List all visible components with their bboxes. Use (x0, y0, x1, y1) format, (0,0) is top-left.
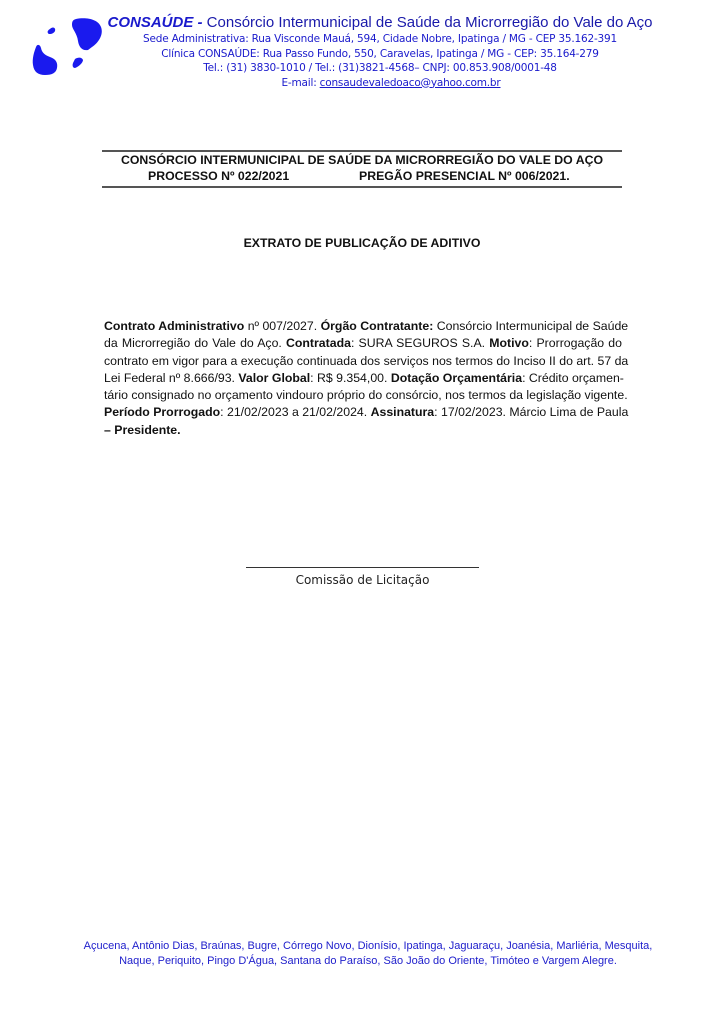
contratada-value: : SURA SEGUROS S.A. (351, 336, 489, 350)
valor-label: Valor Global (238, 371, 310, 385)
org-name-heading: CONSÓRCIO INTERMUNICIPAL DE SAÚDE DA MIC… (100, 153, 624, 169)
signature-label: Comissão de Licitação (246, 573, 479, 587)
heading-bottom-rule (102, 186, 622, 188)
member-cities-footer: Açucena, Antônio Dias, Braúnas, Bugre, C… (60, 939, 676, 968)
letterhead-title: CONSAÚDE - Consórcio Intermunicipal de S… (100, 14, 660, 32)
body-line: Contrato Administrativo nº 007/2027. Órg… (104, 318, 622, 335)
body-line: – Presidente. (104, 422, 622, 439)
cargo: Presidente. (114, 423, 180, 437)
extract-body: Contrato Administrativo nº 007/2027. Órg… (104, 318, 622, 439)
motivo-value-law: Lei Federal nº 8.666/93. (104, 371, 238, 385)
org-short-name: CONSAÚDE - (108, 14, 203, 31)
contratada-label: Contratada (286, 336, 351, 350)
clinic-line: Clínica CONSAÚDE: Rua Passo Fundo, 550, … (100, 47, 660, 62)
address-line: Sede Administrativa: Rua Visconde Mauá, … (100, 32, 660, 47)
dotacao-label: Dotação Orçamentária (391, 371, 522, 385)
org-full-name: Consórcio Intermunicipal de Saúde da Mic… (203, 14, 653, 31)
body-line: contrato em vigor para a execução contin… (104, 353, 622, 370)
contrato-label: Contrato Administrativo (104, 319, 244, 333)
process-heading: CONSÓRCIO INTERMUNICIPAL DE SAÚDE DA MIC… (100, 153, 624, 185)
orgao-value-cont: da Microrregião do Vale do Aço. (104, 336, 286, 350)
periodo-label: Período Prorrogado (104, 405, 220, 419)
assinatura-label: Assinatura (371, 405, 435, 419)
motivo-label: Motivo (489, 336, 529, 350)
footer-line-2: Naque, Periquito, Pingo D'Água, Santana … (60, 954, 676, 969)
dotacao-value-cont: tário consignado no orçamento vindouro p… (104, 388, 628, 402)
assinatura-value: : 17/02/2023. Márcio Lima de Paula (434, 405, 628, 419)
motivo-value: : Prorrogação do (529, 336, 622, 350)
body-line: da Microrregião do Vale do Aço. Contrata… (104, 335, 622, 352)
pregao-number: PREGÃO PRESENCIAL Nº 006/2021. (359, 169, 570, 185)
phone-line: Tel.: (31) 3830-1010 / Tel.: (31)3821-45… (100, 61, 660, 76)
extract-title: EXTRATO DE PUBLICAÇÃO DE ADITIVO (0, 236, 724, 250)
process-number: PROCESSO Nº 022/2021 (148, 169, 289, 185)
cargo-prefix: – (104, 423, 114, 437)
letterhead: CONSAÚDE - Consórcio Intermunicipal de S… (100, 14, 660, 90)
footer-line-1: Açucena, Antônio Dias, Braúnas, Bugre, C… (60, 939, 676, 954)
signature-line (246, 567, 479, 568)
valor-value: : R$ 9.354,00. (310, 371, 391, 385)
motivo-value-cont: contrato em vigor para a execução contin… (104, 354, 628, 368)
body-line: Lei Federal nº 8.666/93. Valor Global: R… (104, 370, 622, 387)
email-label: E-mail: (259, 77, 319, 89)
document-page: CONSAÚDE - Consórcio Intermunicipal de S… (0, 0, 724, 1024)
contrato-value: nº 007/2027. (244, 319, 320, 333)
process-row: PROCESSO Nº 022/2021 PREGÃO PRESENCIAL N… (100, 169, 624, 185)
orgao-value: Consórcio Intermunicipal de Saúde (433, 319, 628, 333)
periodo-value: : 21/02/2023 a 21/02/2024. (220, 405, 370, 419)
body-line: Período Prorrogado: 21/02/2023 a 21/02/2… (104, 404, 622, 421)
email-line: E-mail: consaudevaledoaco@yahoo.com.br (100, 76, 660, 91)
email-link[interactable]: consaudevaledoaco@yahoo.com.br (320, 77, 501, 89)
heading-top-rule (102, 150, 622, 152)
dotacao-value: : Crédito orçamen- (522, 371, 624, 385)
consaude-logo-icon (32, 17, 104, 77)
orgao-label: Órgão Contratante: (321, 319, 434, 333)
body-line: tário consignado no orçamento vindouro p… (104, 387, 622, 404)
